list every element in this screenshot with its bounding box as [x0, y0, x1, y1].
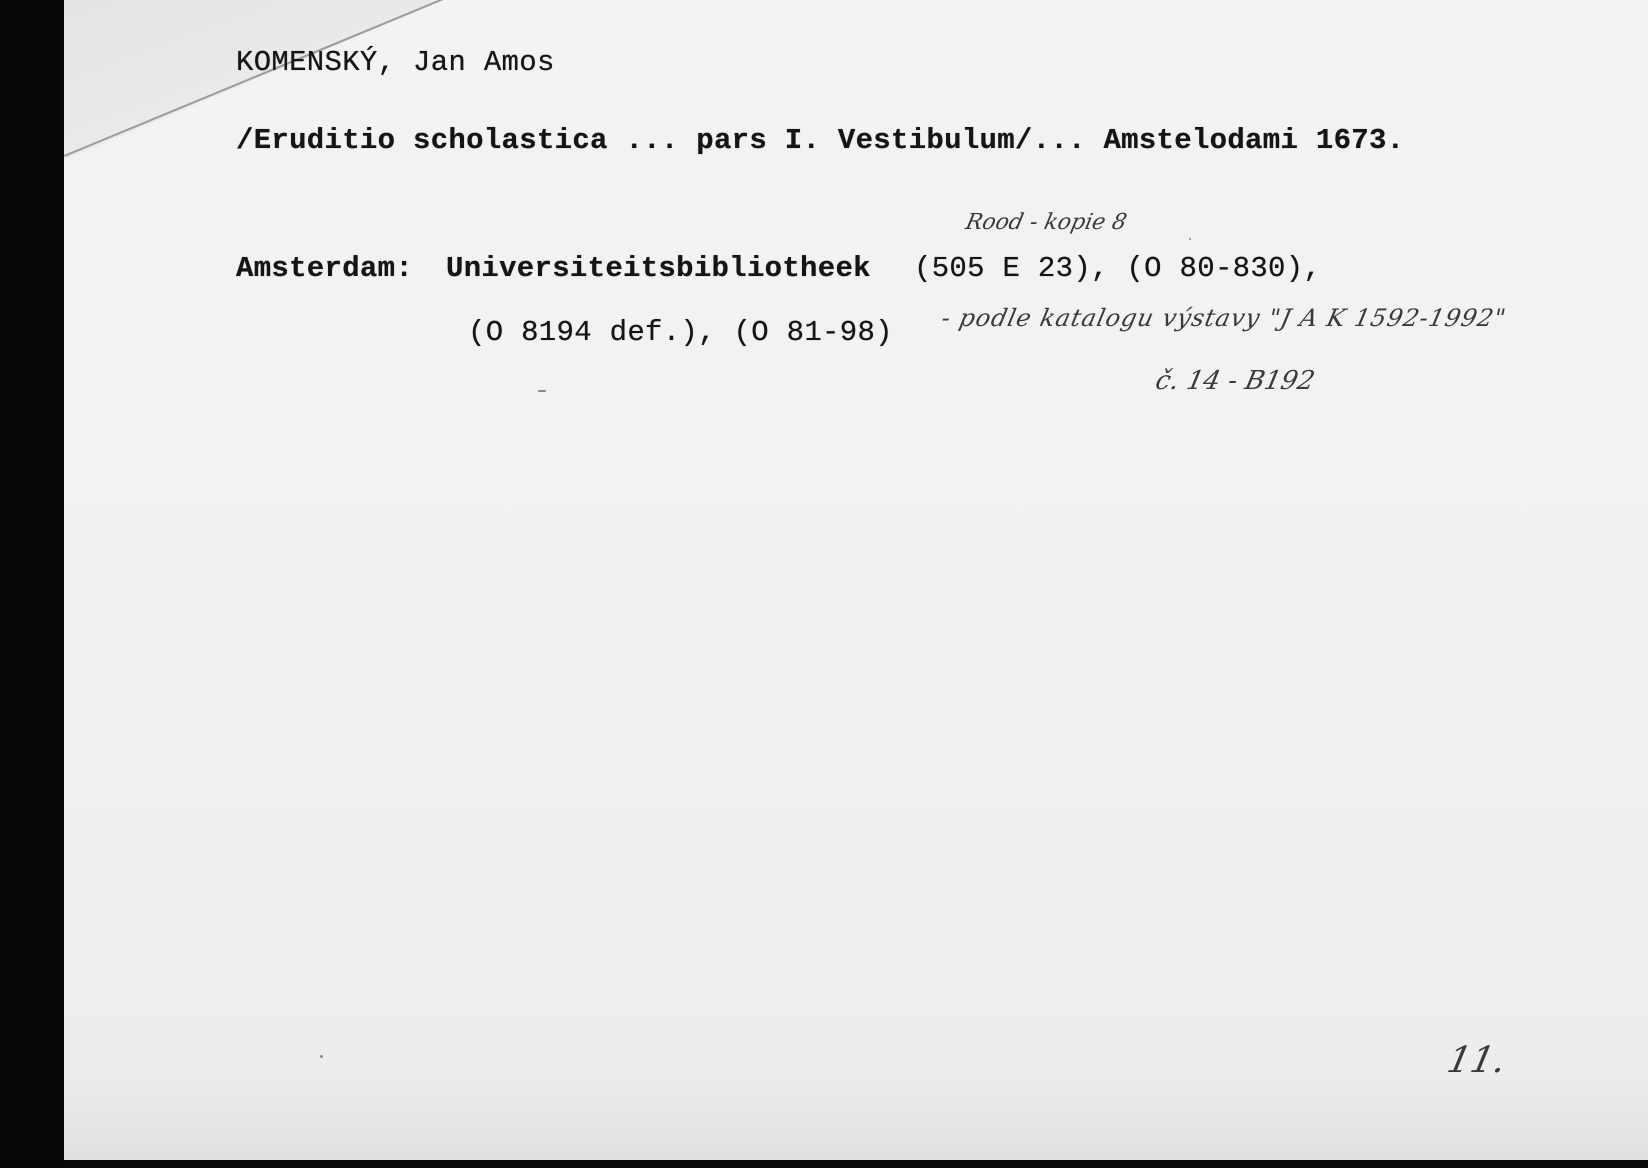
handwritten-copy-note: Rood - kopie 8 — [963, 210, 1129, 235]
author-heading: KOMENSKÝ, Jan Amos — [236, 46, 555, 79]
paper-speck — [1189, 238, 1191, 240]
catalog-card: KOMENSKÝ, Jan Amos /Eruditio scholastica… — [64, 0, 1648, 1160]
holding-library: Universiteitsbibliotheek — [446, 252, 871, 285]
handwritten-card-number: 11. — [1444, 1040, 1510, 1081]
holding-location: Amsterdam: — [236, 252, 413, 285]
paper-speck — [320, 1055, 323, 1058]
shelfmarks-line-1: (505 E 23), (O 80-830), — [914, 252, 1321, 285]
handwritten-reference-number: č. 14 - B192 — [1153, 366, 1318, 396]
scan-bottom-edge — [64, 1160, 1648, 1168]
shelfmarks-line-2: (O 8194 def.), (O 81-98) — [468, 316, 893, 349]
paper-speck — [538, 390, 546, 392]
handwritten-reference-note: - podle katalogu výstavy "J A K 1592-199… — [939, 304, 1509, 332]
title-statement: /Eruditio scholastica ... pars I. Vestib… — [236, 124, 1404, 157]
